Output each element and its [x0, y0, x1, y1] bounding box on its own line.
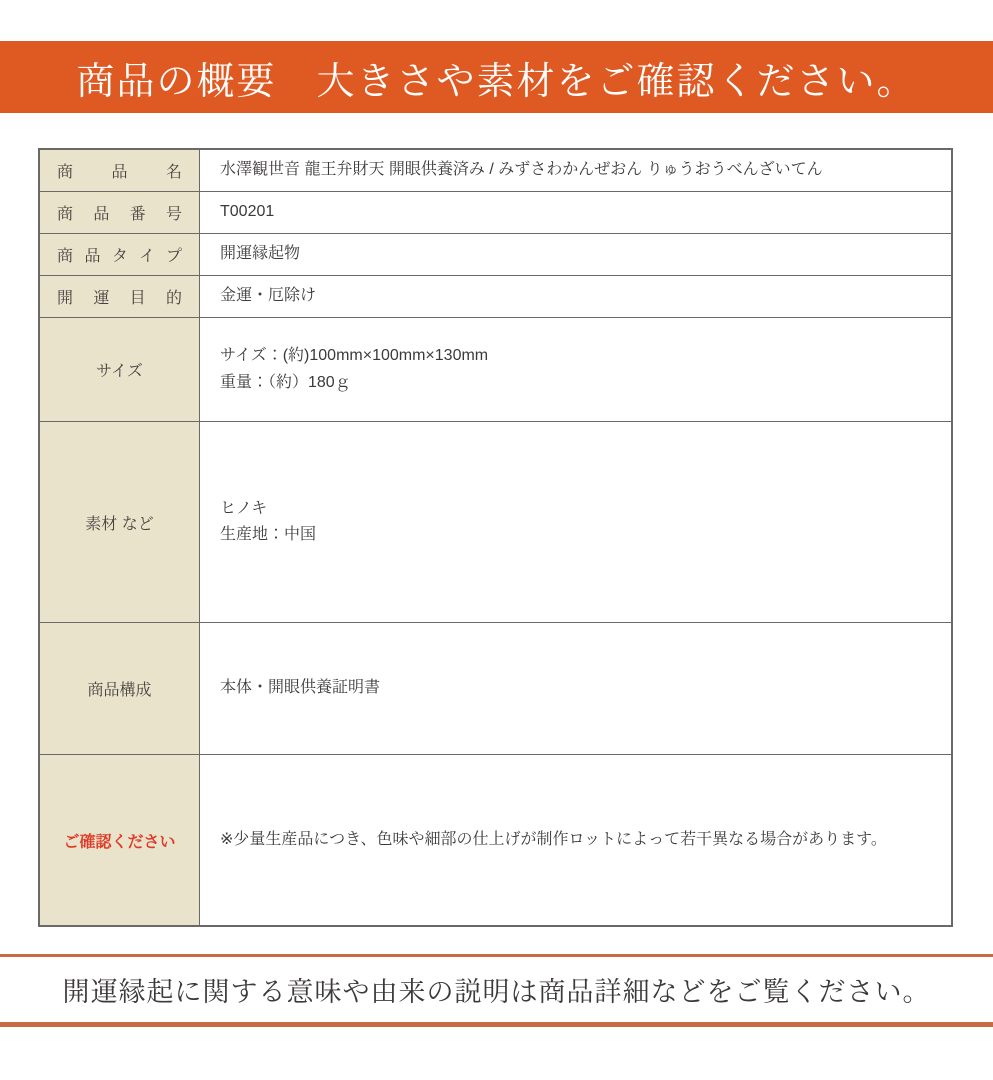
- product-spec-table: 商品名 水澤観世音 龍王弁財天 開眼供養済み / みずさわかんぜおん りゅうおう…: [38, 148, 953, 927]
- row-product-type: 商品タイプ 開運縁起物: [40, 234, 951, 276]
- product-name-label: 商品名: [40, 150, 200, 191]
- notice-value: ※少量生産品につき、色味や細部の仕上げが制作ロットによって若干異なる場合がありま…: [200, 755, 951, 925]
- row-size: サイズ サイズ：(約)100mm×100mm×130mm 重量：（約）180ｇ: [40, 318, 951, 422]
- luck-purpose-value: 金運・厄除け: [200, 276, 951, 317]
- notice-label: ご確認ください: [40, 755, 200, 925]
- banner-title: 商品の概要 大きさや素材をご確認ください。: [76, 50, 916, 105]
- footer-note-box: 開運縁起に関する意味や由来の説明は商品詳細などをご覧ください。: [0, 954, 993, 1027]
- product-type-label: 商品タイプ: [40, 234, 200, 275]
- product-number-value: T00201: [200, 192, 951, 233]
- material-label: 素材 など: [40, 422, 200, 622]
- row-product-name: 商品名 水澤観世音 龍王弁財天 開眼供養済み / みずさわかんぜおん りゅうおう…: [40, 150, 951, 192]
- contents-value: 本体・開眼供養証明書: [200, 623, 951, 754]
- luck-purpose-label: 開運目的: [40, 276, 200, 317]
- size-label: サイズ: [40, 318, 200, 421]
- footer-note-text: 開運縁起に関する意味や由来の説明は商品詳細などをご覧ください。: [63, 970, 931, 1009]
- product-overview-banner: 商品の概要 大きさや素材をご確認ください。: [0, 41, 993, 113]
- material-value: ヒノキ 生産地：中国: [200, 422, 951, 622]
- row-material: 素材 など ヒノキ 生産地：中国: [40, 422, 951, 623]
- product-type-value: 開運縁起物: [200, 234, 951, 275]
- product-name-value: 水澤観世音 龍王弁財天 開眼供養済み / みずさわかんぜおん りゅうおうべんざい…: [200, 150, 951, 191]
- row-product-number: 商品番号 T00201: [40, 192, 951, 234]
- contents-label: 商品構成: [40, 623, 200, 754]
- size-value: サイズ：(約)100mm×100mm×130mm 重量：（約）180ｇ: [200, 318, 951, 421]
- row-contents: 商品構成 本体・開眼供養証明書: [40, 623, 951, 755]
- row-notice: ご確認ください ※少量生産品につき、色味や細部の仕上げが制作ロットによって若干異…: [40, 755, 951, 925]
- product-number-label: 商品番号: [40, 192, 200, 233]
- row-luck-purpose: 開運目的 金運・厄除け: [40, 276, 951, 318]
